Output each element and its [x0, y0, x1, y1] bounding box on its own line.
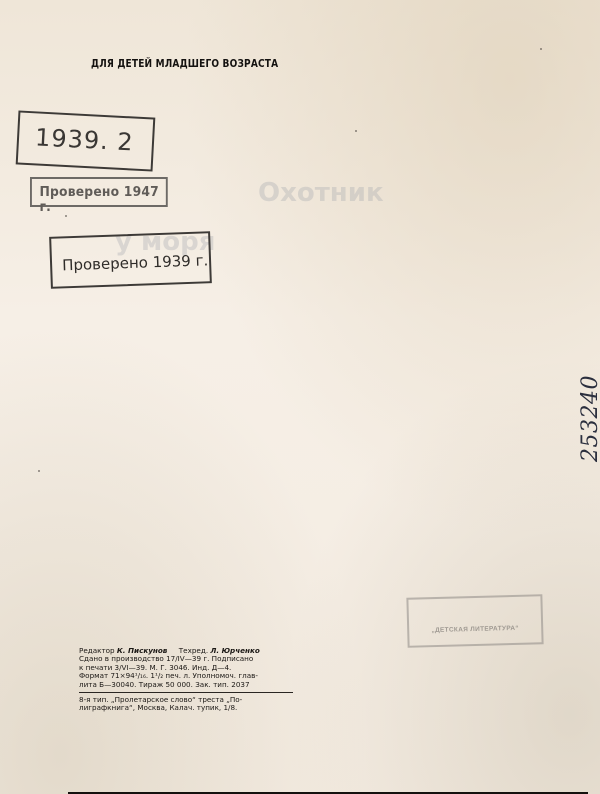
colophon-divider — [79, 692, 293, 693]
series-title: ДЛЯ ДЕТЕЙ МЛАДШЕГО ВОЗРАСТА — [91, 58, 278, 70]
speck — [116, 262, 118, 264]
inventory-number: 253240 — [578, 375, 600, 462]
colophon-line: лита Б—30040. Тираж 50 000. Зак. тип. 20… — [79, 681, 299, 689]
checked-stamp-1939: Проверено 1939 г. — [49, 231, 212, 289]
checked-stamp-1947: Проверено 1947 г. — [30, 177, 168, 207]
library-stamp: „ДЕТСКАЯ ЛИТЕРАТУРА“ — [406, 594, 543, 648]
acquisition-date-stamp: 1939. 2 — [16, 110, 156, 171]
printer-line: лиграфкнига“, Москва, Калач. тупик, 1/8. — [79, 704, 299, 712]
faded-title-line-1: Охотник — [258, 178, 384, 208]
checked-stamp-text: Проверено 1947 г. — [40, 185, 159, 215]
speck — [65, 215, 67, 217]
colophon: Редактор К. Пискунов Техред. Л. Юрченко … — [79, 647, 299, 713]
checked-stamp-text: Проверено 1939 г. — [62, 251, 209, 274]
acquisition-date: 1939. 2 — [34, 123, 134, 156]
scanned-page: ДЛЯ ДЕТЕЙ МЛАДШЕГО ВОЗРАСТА Охотник у мо… — [0, 0, 600, 794]
speck — [38, 470, 40, 472]
speck — [540, 48, 542, 50]
speck — [355, 130, 357, 132]
